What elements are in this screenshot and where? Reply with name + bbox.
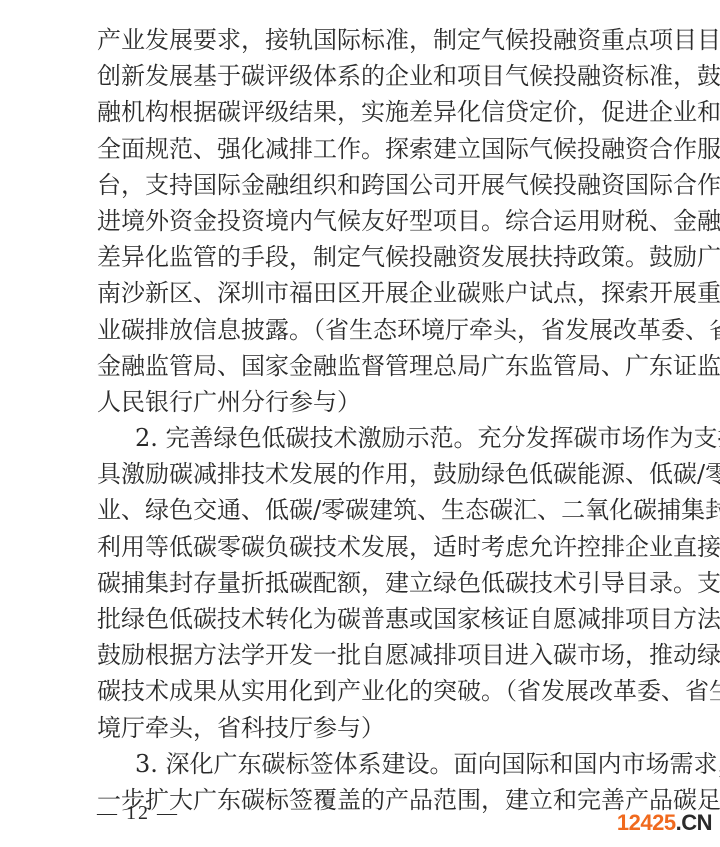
text-line: 碳捕集封存量折抵碳配额，建立绿色低碳技术引导目录。支持一: [97, 565, 639, 601]
text-line: 鼓励根据方法学开发一批自愿减排项目进入碳市场，推动绿色低: [97, 637, 639, 673]
watermark-domain: .CN: [676, 810, 712, 835]
text-line: 创新发展基于碳评级体系的企业和项目气候投融资标准，鼓励金: [97, 58, 639, 94]
text-line: 业、绿色交通、低碳/零碳建筑、生态碳汇、二氧化碳捕集封存和: [97, 492, 639, 528]
text-line: 台，支持国际金融组织和跨国公司开展气候投融资国际合作，促: [97, 167, 639, 203]
text-line: 金融监管局、国家金融监督管理总局广东监管局、广东证监局、: [97, 348, 639, 384]
watermark-number: 12425: [617, 810, 676, 835]
paragraph-2: 2. 完善绿色低碳技术激励示范。充分发挥碳市场作为支持工 具激励碳减排技术发展的…: [97, 420, 639, 746]
text-line: 业碳排放信息披露。（省生态环境厅牵头，省发展改革委、省地方: [97, 312, 639, 348]
text-line: 利用等低碳零碳负碳技术发展，适时考虑允许控排企业直接用其: [97, 529, 639, 565]
paragraph-1: 产业发展要求，接轨国际标准，制定气候投融资重点项目目录， 创新发展基于碳评级体系…: [97, 22, 639, 420]
text-line: 产业发展要求，接轨国际标准，制定气候投融资重点项目目录，: [97, 22, 639, 58]
text-line: 融机构根据碳评级结果，实施差异化信贷定价，促进企业和项目: [97, 94, 639, 130]
text-line: 人民银行广州分行参与）: [97, 384, 639, 420]
page-number: — 12 —: [97, 802, 179, 825]
text-line: 批绿色低碳技术转化为碳普惠或国家核证自愿减排项目方法学，: [97, 601, 639, 637]
text-line: 南沙新区、深圳市福田区开展企业碳账户试点，探索开展重点企: [97, 275, 639, 311]
watermark-logo: 12425.CN: [617, 810, 712, 836]
section-heading-line: 2. 完善绿色低碳技术激励示范。充分发挥碳市场作为支持工: [97, 420, 639, 456]
document-page: 产业发展要求，接轨国际标准，制定气候投融资重点项目目录， 创新发展基于碳评级体系…: [97, 22, 639, 818]
text-line: 全面规范、强化减排工作。探索建立国际气候投融资合作服务平: [97, 131, 639, 167]
text-line: 差异化监管的手段，制定气候投融资发展扶持政策。鼓励广州市: [97, 239, 639, 275]
text-line: 具激励碳减排技术发展的作用，鼓励绿色低碳能源、低碳/零碳工: [97, 456, 639, 492]
text-line: 境厅牵头，省科技厅参与）: [97, 710, 639, 746]
text-line: 进境外资金投资境内气候友好型项目。综合运用财税、金融以及: [97, 203, 639, 239]
text-line: 碳技术成果从实用化到产业化的突破。（省发展改革委、省生态环: [97, 673, 639, 709]
section-heading-line: 3. 深化广东碳标签体系建设。面向国际和国内市场需求，进: [97, 746, 639, 782]
